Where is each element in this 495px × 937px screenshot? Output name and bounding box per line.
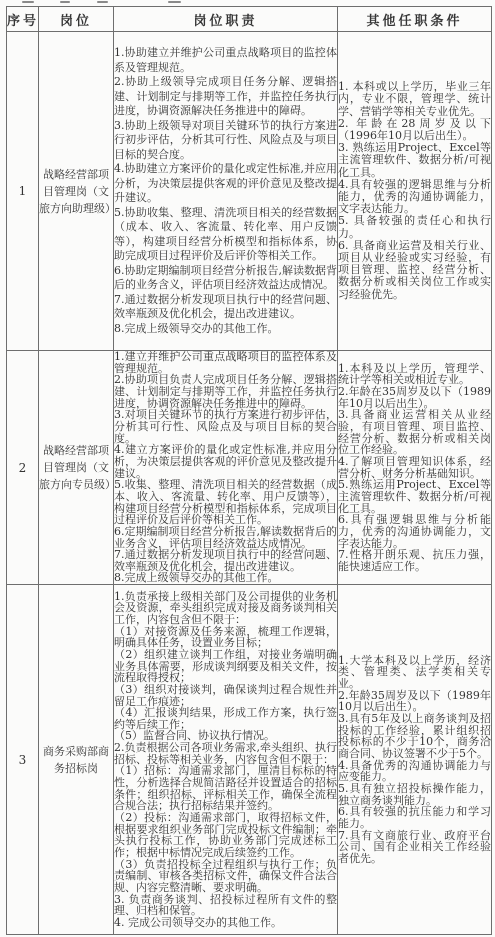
duty-item: 1.负责承接上级相关部门及公司提供的业务机会及资源，牵头组织完成对接及商务谈判相… [114, 591, 337, 626]
duty-item: 3. 负责商务谈判、招投标过程所有文件的整理、归档和保管。 [114, 894, 337, 917]
duty-item: 1.协助建立并维护公司重点战略项目的监控体系及管理规范。 [114, 46, 337, 75]
requirements-cell: 1.本科及以上学历，管理学、统计学等相关或相近专业。 2.年龄在35周岁及以下（… [338, 351, 492, 585]
duty-item: （3）组织对接谈判，确保谈判过程合规性并留足工作痕迹； [114, 684, 337, 707]
duty-item: （3）负责招投标全过程组织与执行工作；负责编制、审核各类招标文件，确保文件合法合… [114, 859, 337, 894]
requirements-cell: 1.大学本科及以上学历，经济类、管理类、法学类相关专业。 2.年龄35周岁及以下… [338, 585, 492, 935]
header-requirements: 其他任职条件 [338, 7, 492, 32]
requirement-item: 3. 熟练运用Project、Excel等主流管理软件、数据分析/可视化工具。 [338, 142, 491, 179]
duty-item: 2.协助上级领导完成项目任务分解、逻辑搭建、计划制定与排期等工作，并监控任务执行… [114, 75, 337, 119]
duty-item: 8.完成上级领导交办的其他工作。 [114, 572, 337, 584]
duty-item: 7.通过数据分析发现项目执行中的经营问题、效率瓶颈及优化机会，提出改进建议。 [114, 293, 337, 322]
scan-artifact [60, 1, 70, 3]
scanned-document-page: 序号 岗位 岗位职责 其他任职条件 1 战略经营部项目管理岗（文旅方向助理级） … [0, 0, 495, 935]
table-row: 3 商务采购部商务招标岗 1.负责承接上级相关部门及公司提供的业务机会及资源，牵… [7, 585, 492, 935]
requirement-item: 2.年龄35周岁及以下（1989年10月以后出生）。 [338, 690, 491, 713]
position-cell: 战略经营部项目管理岗（文旅方向助理级） [39, 32, 114, 351]
header-position: 岗位 [39, 7, 114, 32]
duty-item: （1）对接资源及任务来源，梳理工作逻辑，明确具体任务，设置业务目标； [114, 626, 337, 649]
duty-item: 3.协助上级领导对项目关键环节的执行方案进行初步评估，分析其可行性、风险点及与项… [114, 119, 337, 163]
requirement-item: 6. 具备商业运营及相关行业、项目从业经验或实习经验，有项目管理、监控、经营分析… [338, 240, 491, 301]
requirement-item: 6.具有较强的抗压能力和学习能力。 [338, 806, 491, 829]
duty-item: 6.协助定期编制项目经营分析报告,解读数据背后的业务含义，评估项目经济效益达成情… [114, 264, 337, 293]
duty-item: （1）招标：沟通需求部门，厘清目标标的特性，分析选择合规简洁路径并设置适合的招标… [114, 765, 337, 812]
table-row: 2 战略经营部项目管理岗（文旅方向专员级） 1.建立并维护公司重点战略项目的监控… [7, 351, 492, 585]
requirement-item: 1. 本科或以上学历，毕业三年内，专业不限，管理学、统计学、营销学等相关专业优先… [338, 81, 491, 118]
requirement-item: 4.了解项目管理知识体系，经营分析、财务分析基础知识。 [338, 456, 491, 479]
duty-item: 6.定期编制项目经营分析报告,解读数据背后的业务含义，评估项目经济效益达成情况。 [114, 526, 337, 549]
requirement-item: 7.性格开朗乐观、抗压力强，能快速适应工作。 [338, 549, 491, 572]
duty-item: （2）组织建立谈判工作组，对接业务端明确业务具体需要，形成谈判纲要及相关文件，按… [114, 649, 337, 684]
duty-item: 2.负责根据公司各项业务需求,牵头组织、执行招标、投标等相关业务，内容包含但不限… [114, 742, 337, 765]
header-duties: 岗位职责 [114, 7, 338, 32]
requirement-item: 7.具有文商旅行业、政府平台公司、国有企业相关工作经验者优先。 [338, 830, 491, 865]
duty-item: 7.通过数据分析发现项目执行中的经营问题、效率瓶颈及优化机会，提出改进建议。 [114, 549, 337, 572]
duty-item: 4. 完成公司领导交办的其他工作。 [114, 917, 337, 929]
scan-artifact [22, 1, 34, 3]
position-cell: 战略经营部项目管理岗（文旅方向专员级） [39, 351, 114, 585]
requirement-item: 3.具备商业运营相关从业经验，有项目管理、项目监控、经营分析、数据分析或相关岗位… [338, 409, 491, 456]
duty-item: 4.建立方案评价的量化或定性标准,并应用分析，为决策层提供客观的评价意见及整改提… [114, 444, 337, 479]
duty-item: 5.收集、整理、清洗项目相关的经营数据（成本、收入、客流量、转化率、用户反馈等）… [114, 479, 337, 526]
duty-item: 3.对项目关键环节的执行方案进行初步评估，分析其可行性、风险点及与项目目标的契合… [114, 409, 337, 444]
requirement-item: 1.大学本科及以上学历，经济类、管理类、法学类相关专业。 [338, 655, 491, 690]
duty-item: （4）汇报谈判结果，形成工作方案，执行签约等后续工作； [114, 707, 337, 730]
scan-artifact [97, 1, 108, 3]
requirement-item: 5.具有独立招投标操作能力，独立商务谈判能力。 [338, 783, 491, 806]
scan-artifact [168, 1, 181, 3]
header-serial-number: 序号 [7, 7, 39, 32]
duty-item: 5.协助收集、整理、清洗项目相关的经营数据（成本、收入、客流量、转化率、用户反馈… [114, 206, 337, 264]
row-number-cell: 1 [7, 32, 39, 351]
requirements-cell: 1. 本科或以上学历，毕业三年内，专业不限，管理学、统计学、营销学等相关专业优先… [338, 32, 492, 351]
table-header-row: 序号 岗位 岗位职责 其他任职条件 [7, 7, 492, 32]
duty-item: （2）投标：沟通需求部门，取得招标文件，根据要求组织业务部门完成投标文件编制；牵… [114, 812, 337, 859]
duty-item: 8.完成上级领导交办的其他工作。 [114, 322, 337, 337]
requirement-item: 6.具有强逻辑思维与分析能力，优秀的沟通协调能力，文字表达能力。 [338, 514, 491, 549]
requirement-item: 2.年龄在35周岁及以下（1989年10月以后出生）。 [338, 386, 491, 409]
requirement-item: 4.具备优秀的沟通协调能力与应变能力。 [338, 760, 491, 783]
position-cell: 商务采购部商务招标岗 [39, 585, 114, 935]
table-row: 1 战略经营部项目管理岗（文旅方向助理级） 1.协助建立并维护公司重点战略项目的… [7, 32, 492, 351]
requirement-item: 5.熟练运用Project、Excel等主流管理软件、数据分析/可视化工具。 [338, 479, 491, 514]
job-positions-table: 序号 岗位 岗位职责 其他任职条件 1 战略经营部项目管理岗（文旅方向助理级） … [6, 6, 492, 935]
duties-cell: 1.建立并维护公司重点战略项目的监控体系及管理规范。 2.协助项目负责人完成项目… [114, 351, 338, 585]
duty-item: 1.建立并维护公司重点战略项目的监控体系及管理规范。 [114, 351, 337, 374]
requirement-item: 1.本科及以上学历，管理学、统计学等相关或相近专业。 [338, 363, 491, 386]
requirement-item: 5. 具备较强的责任心和执行力。 [338, 215, 491, 239]
duties-cell: 1.负责承接上级相关部门及公司提供的业务机会及资源，牵头组织完成对接及商务谈判相… [114, 585, 338, 935]
row-number-cell: 3 [7, 585, 39, 935]
duty-item: 2.协助项目负责人完成项目任务分解、逻辑搭建、计划制定与排期等工作，并监控任务执… [114, 374, 337, 409]
requirement-item: 4.具有较强的逻辑思维与分析能力，优秀的沟通协调能力，文字表达能力。 [338, 179, 491, 216]
duty-item: 4.协助建立方案评价的量化或定性标准,并应用分析，为决策层提供客观的评价意见及整… [114, 162, 337, 206]
requirement-item: 2. 年龄在28周岁及以下（1996年10月以后出生）。 [338, 118, 491, 142]
row-number-cell: 2 [7, 351, 39, 585]
requirement-item: 3.具有5年及以上商务谈判及招投标的工作经验，累计组织招投标标的不少于10个，商… [338, 713, 491, 760]
duties-cell: 1.协助建立并维护公司重点战略项目的监控体系及管理规范。 2.协助上级领导完成项… [114, 32, 338, 351]
